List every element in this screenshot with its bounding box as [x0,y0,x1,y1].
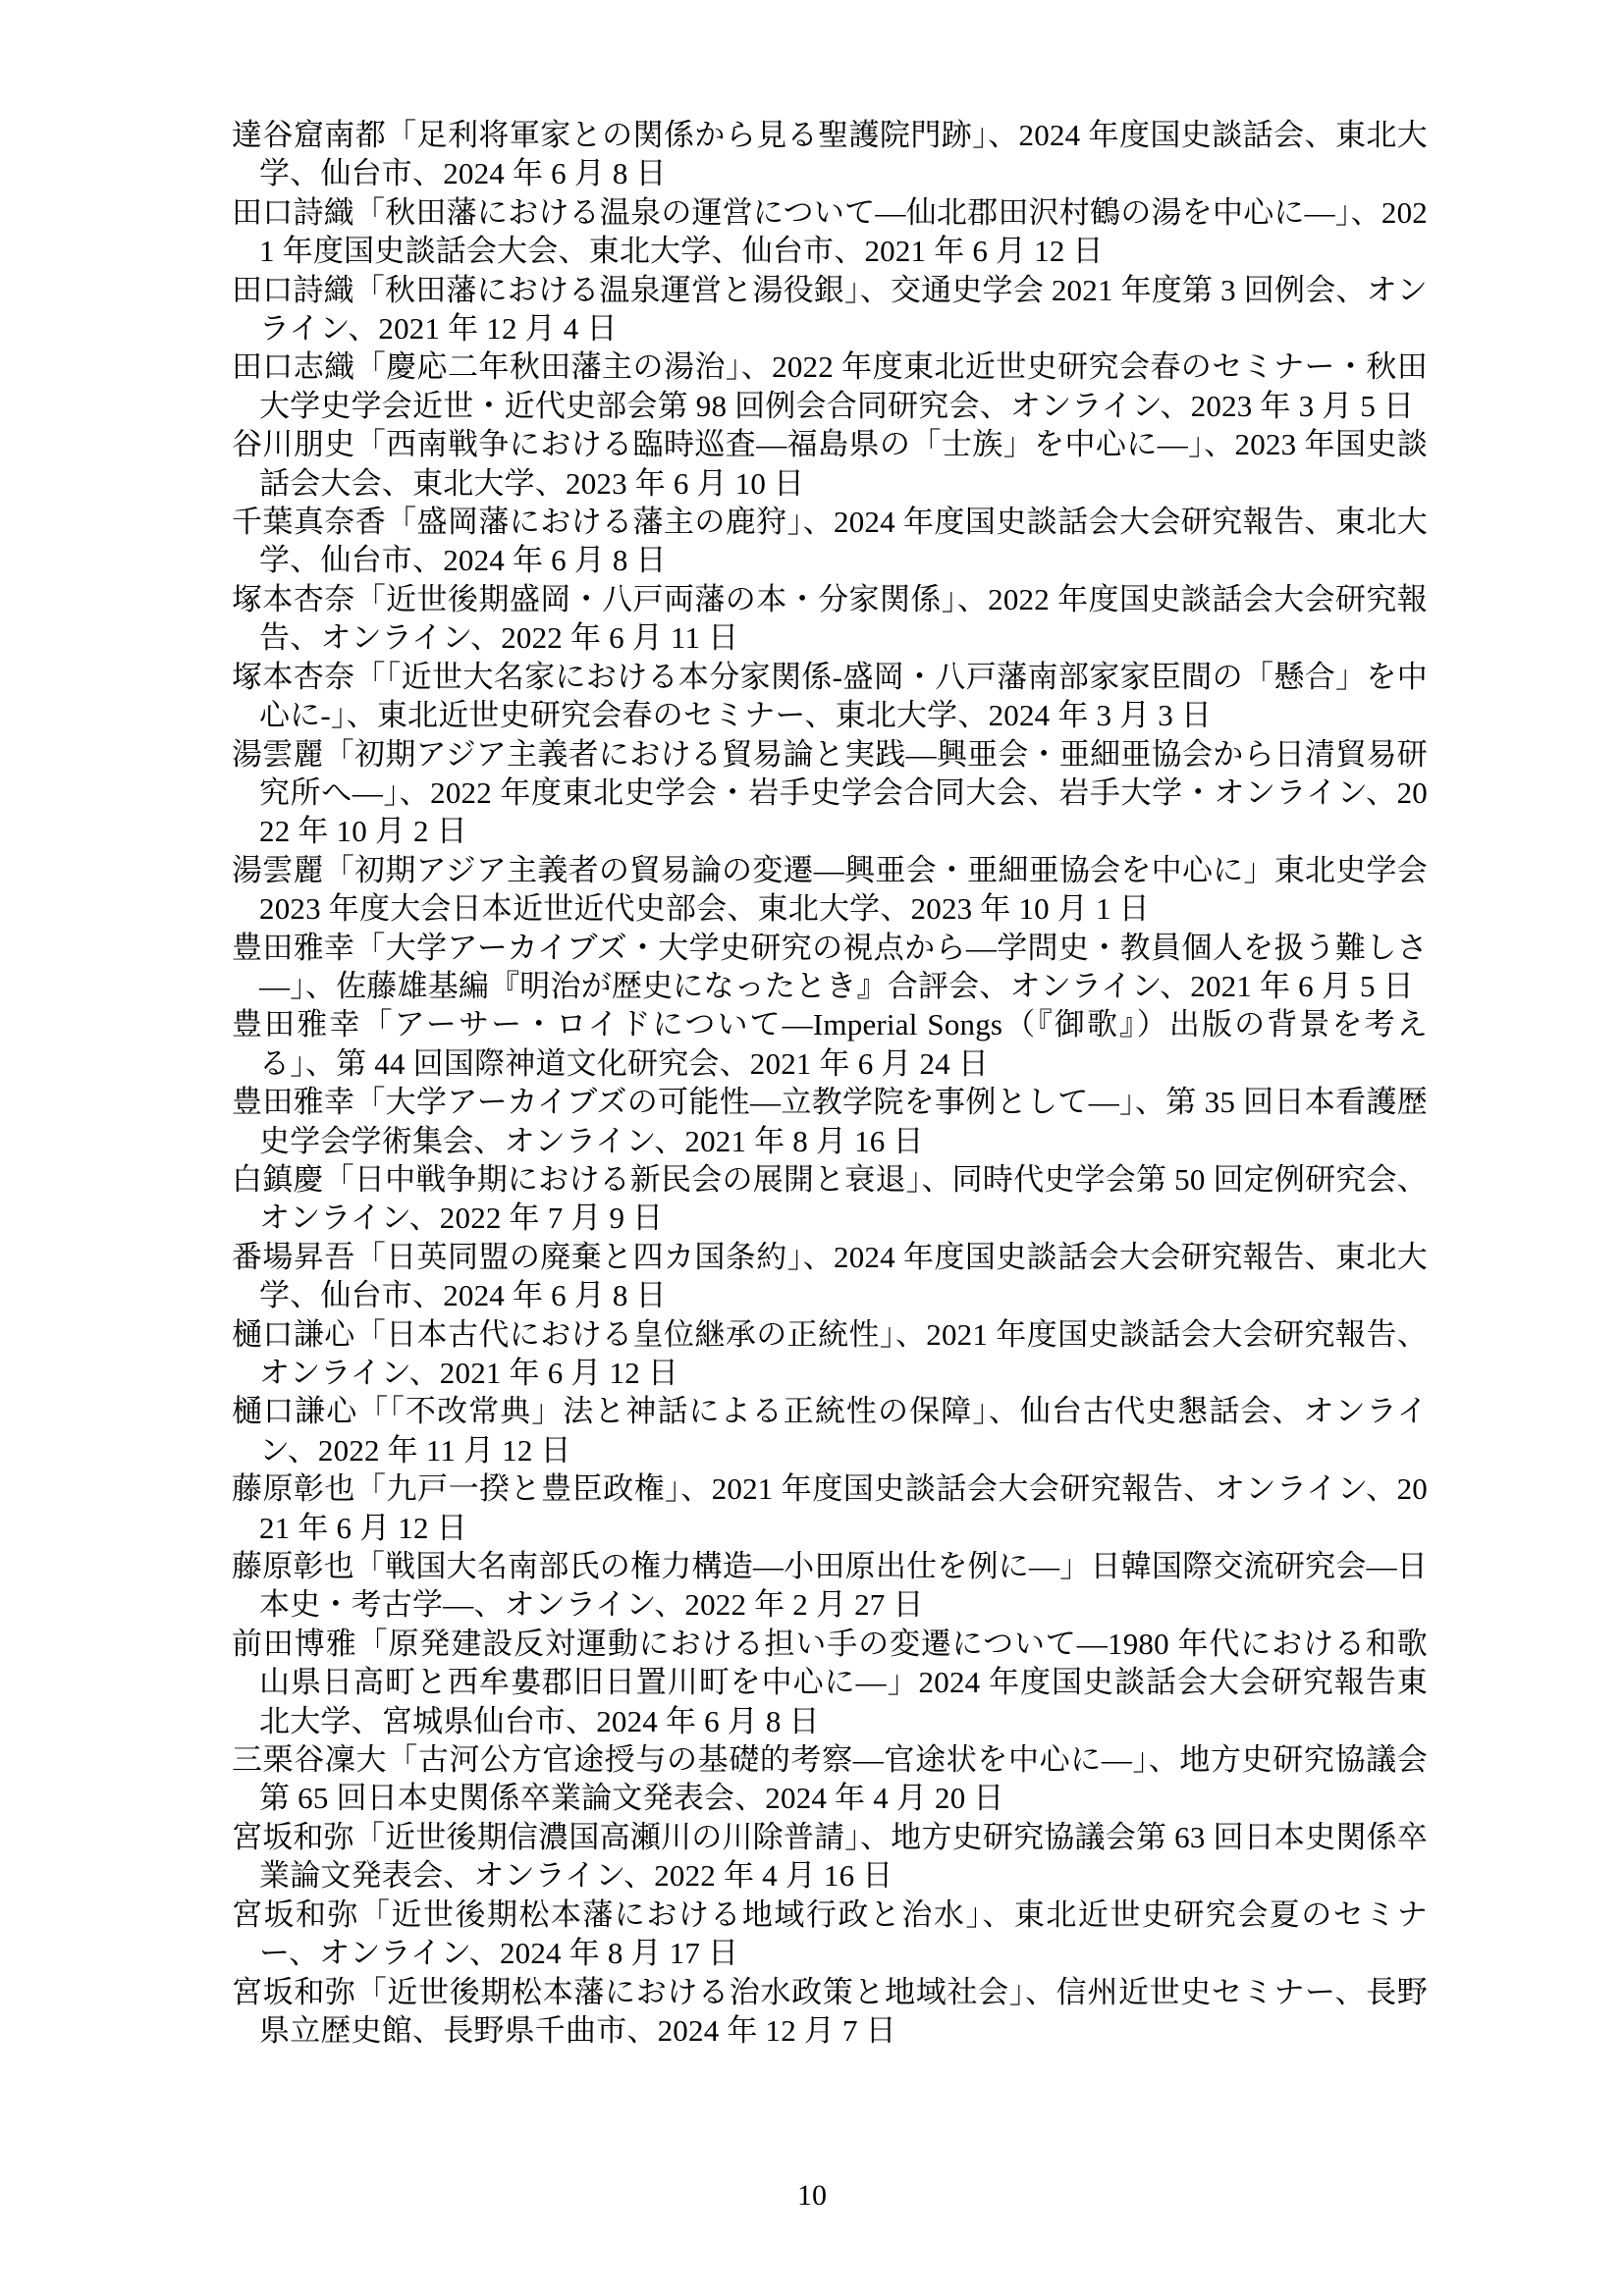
bibliography-entry: 白鎮慶「日中戦争期における新民会の展開と衰退」、同時代史学会第 50 回定例研究… [232,1160,1428,1238]
bibliography-entry: 湯雲麗「初期アジア主義者における貿易論と実践―興亜会・亜細亜協会から日清貿易研究… [232,735,1428,851]
bibliography-entry: 田口詩織「秋田藩における温泉の運営について―仙北郡田沢村鶴の湯を中心に―」、20… [232,193,1428,271]
bibliography-entry: 塚本杏奈「近世後期盛岡・八戸両藩の本・分家関係」、2022 年度国史談話会大会研… [232,580,1428,658]
bibliography-entry: 谷川朋史「西南戦争における臨時巡査―福島県の「士族」を中心に―」、2023 年国… [232,425,1428,503]
bibliography-entry: 宮坂和弥「近世後期松本藩における治水政策と地域社会」、信州近世史セミナー、長野県… [232,1973,1428,2051]
document-page: 達谷窟南都「足利将軍家との関係から見る聖護院門跡」、2024 年度国史談話会、東… [0,0,1624,2296]
bibliography-entry: 達谷窟南都「足利将軍家との関係から見る聖護院門跡」、2024 年度国史談話会、東… [232,116,1428,193]
bibliography-entry: 豊田雅幸「大学アーカイブズ・大学史研究の視点から―学問史・教員個人を扱う難しさ―… [232,929,1428,1006]
bibliography-entry: 塚本杏奈「「近世大名家における本分家関係-盛岡・八戸藩南部家家臣間の「懸合」を中… [232,658,1428,735]
bibliography-entry: 三栗谷凜大「古河公方官途授与の基礎的考察―官途状を中心に―」、地方史研究協議会第… [232,1740,1428,1818]
bibliography-entry: 豊田雅幸「大学アーカイブズの可能性―立教学院を事例として―」、第 35 回日本看… [232,1083,1428,1160]
page-number: 10 [0,2177,1624,2215]
bibliography-entry: 藤原彰也「戦国大名南部氏の権力構造―小田原出仕を例に―」日韓国際交流研究会―日本… [232,1547,1428,1625]
bibliography-entry: 番場昇吾「日英同盟の廃棄と四カ国条約」、2024 年度国史談話会大会研究報告、東… [232,1238,1428,1315]
bibliography-entry: 豊田雅幸「アーサー・ロイドについて―Imperial Songs（『御歌』）出版… [232,1005,1428,1083]
bibliography-entry: 湯雲麗「初期アジア主義者の貿易論の変遷―興亜会・亜細亜協会を中心に」東北史学会 … [232,851,1428,929]
bibliography-entry: 宮坂和弥「近世後期松本藩における地域行政と治水」、東北近世史研究会夏のセミナー、… [232,1896,1428,1973]
presentation-list: 達谷窟南都「足利将軍家との関係から見る聖護院門跡」、2024 年度国史談話会、東… [232,116,1428,2050]
bibliography-entry: 樋口謙心「「不改常典」法と神話による正統性の保障」、仙台古代史懇話会、オンライン… [232,1392,1428,1469]
bibliography-entry: 田口志織「慶応二年秋田藩主の湯治」、2022 年度東北近世史研究会春のセミナー・… [232,347,1428,425]
bibliography-entry: 宮坂和弥「近世後期信濃国高瀬川の川除普請」、地方史研究協議会第 63 回日本史関… [232,1818,1428,1896]
bibliography-entry: 藤原彰也「九戸一揆と豊臣政権」、2021 年度国史談話会大会研究報告、オンライン… [232,1469,1428,1547]
bibliography-entry: 樋口謙心「日本古代における皇位継承の正統性」、2021 年度国史談話会大会研究報… [232,1315,1428,1393]
bibliography-entry: 前田博雅「原発建設反対運動における担い手の変遷について―1980 年代における和… [232,1625,1428,1740]
bibliography-entry: 千葉真奈香「盛岡藩における藩主の鹿狩」、2024 年度国史談話会大会研究報告、東… [232,503,1428,580]
bibliography-entry: 田口詩織「秋田藩における温泉運営と湯役銀」、交通史学会 2021 年度第 3 回… [232,271,1428,348]
